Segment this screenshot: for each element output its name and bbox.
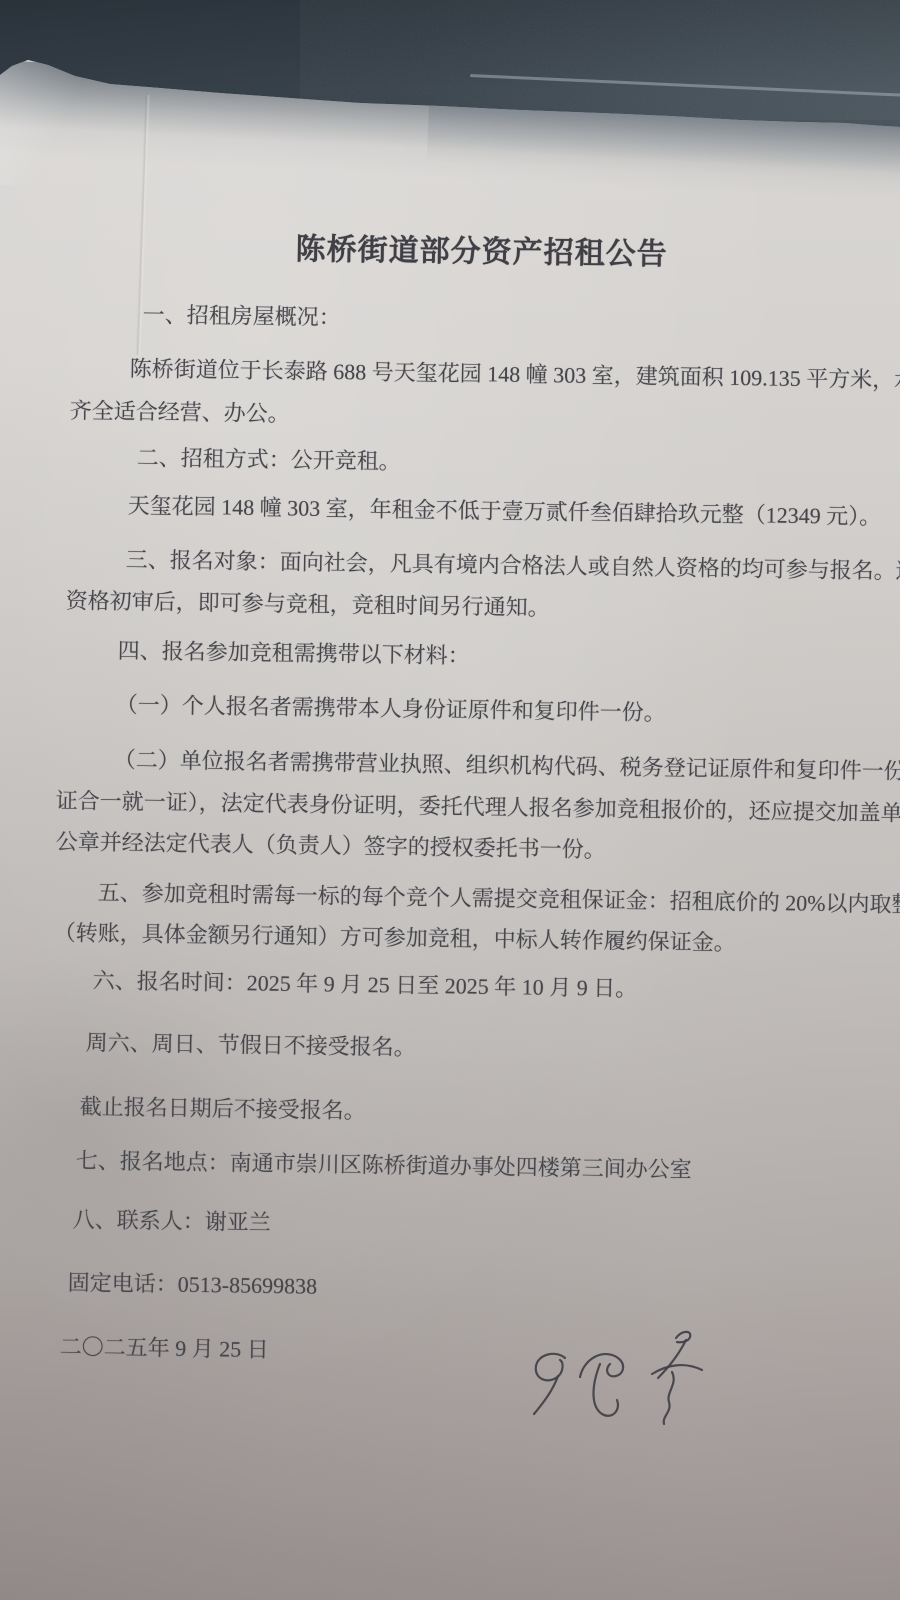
paper-sheet: 陈桥街道部分资产招租公告 一、招租房屋概况： 陈桥街道位于长泰路 688 号天玺… (0, 0, 900, 1600)
doc-line-section8-contact: 八、联系人：谢亚兰 (73, 1203, 271, 1237)
doc-line-section2-heading: 二、招租方式：公开竞租。 (137, 441, 401, 476)
doc-line-section3-2: 资格初审后，即可参与竞租，竞租时间另行通知。 (66, 584, 550, 622)
doc-line-item2-1: （二）单位报名者需携带营业执照、组织机构代码、税务登记证原件和复印件一份（三 (114, 743, 900, 786)
doc-line-date: 二〇二五年 9 月 25 日 (60, 1330, 269, 1364)
doc-line-rent-amount: 天玺花园 148 幢 303 室，年租金不低于壹万贰仟叁佰肆拾玖元整（12349… (128, 489, 882, 531)
doc-line-property-desc-1: 陈桥街道位于长泰路 688 号天玺花园 148 幢 303 室，建筑面积 109… (130, 352, 900, 395)
doc-line-weekend-note: 周六、周日、节假日不接受报名。 (86, 1026, 416, 1062)
doc-line-deadline-note: 截止报名日期后不接受报名。 (80, 1090, 366, 1125)
doc-line-section5-1: 五、参加竞租时需每一标的每个竞个人需提交竞租保证金：招租底价的 20%以内取整 (98, 876, 900, 919)
doc-line-section1-heading: 一、招租房屋概况： (143, 298, 341, 332)
photo-of-document: 陈桥街道部分资产招租公告 一、招租房屋概况： 陈桥街道位于长泰路 688 号天玺… (0, 0, 900, 1600)
doc-line-item2-3: 公章并经法定代表人（负责人）签字的授权委托书一份。 (56, 825, 606, 864)
doc-line-phone: 固定电话：0513-85699838 (68, 1266, 318, 1301)
doc-line-section3-1: 三、报名对象：面向社会，凡具有境内合格法人或自然人资格的均可参与报名。通过 (126, 543, 900, 586)
handwritten-signature (520, 1322, 720, 1432)
doc-line-property-desc-2: 齐全适合经营、办公。 (70, 394, 290, 428)
doc-line-section4-heading: 四、报名参加竞租需携带以下材料： (118, 634, 470, 670)
page-title: 陈桥街道部分资产招租公告 (295, 224, 668, 273)
doc-line-item1: （一）个人报名者需携带本人身份证原件和复印件一份。 (116, 688, 666, 727)
doc-line-item2-2: 证合一就一证），法定代表身份证明，委托代理人报名参加竞租报价的，还应提交加盖单位 (56, 784, 900, 828)
desk-texture (300, 0, 900, 120)
